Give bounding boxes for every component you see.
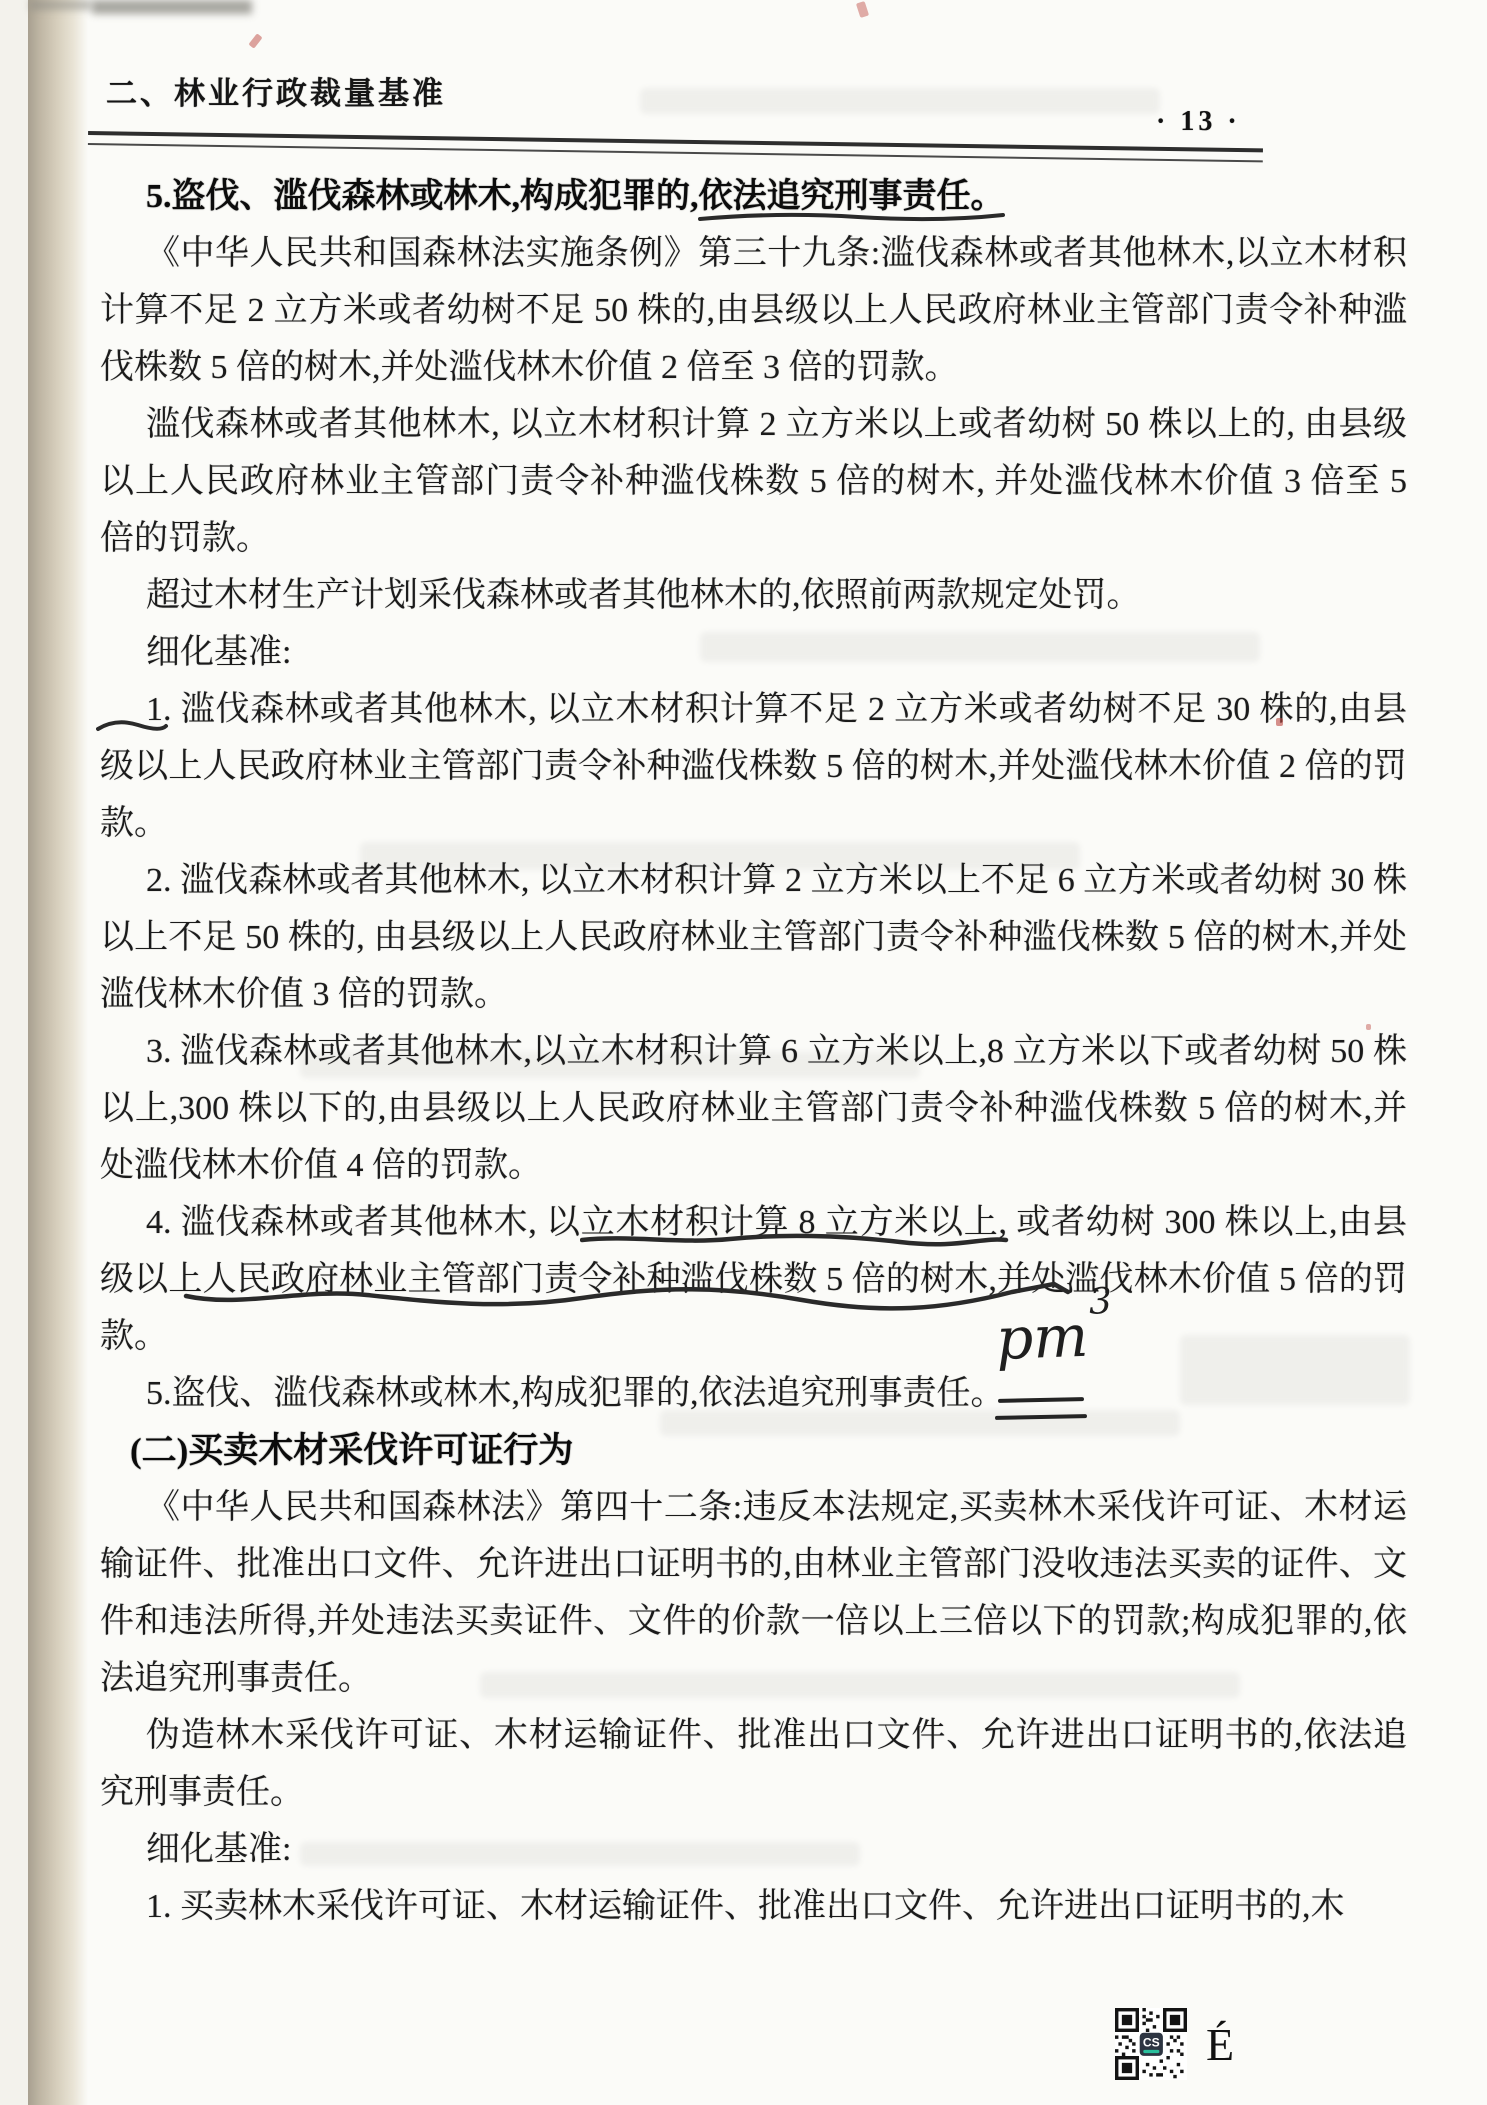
- red-speck: [1276, 718, 1283, 726]
- paragraph-5: 细化基准:: [100, 624, 1407, 681]
- scan-smudge: [640, 88, 1160, 114]
- qr-code: CS: [1115, 2008, 1187, 2080]
- paragraph-15: 1. 买卖林木采伐许可证、木材运输证件、批准出口文件、允许进出口证明书的,木: [100, 1878, 1407, 1935]
- red-speck: [1366, 1024, 1371, 1030]
- page-header-title: 二、林业行政裁量基准: [106, 68, 446, 113]
- paragraph-4: 超过木材生产计划采伐森林或者其他林木的,依照前两款规定处罚。: [100, 567, 1407, 624]
- scanned-document-page: 二、林业行政裁量基准 · 13 · 5.盗伐、滥伐森林或林木,构成犯罪的,依法追…: [0, 0, 1487, 2105]
- paragraph-2: 《中华人民共和国森林法实施条例》第三十九条:滥伐森林或者其他林木,以立木材积计算…: [100, 225, 1407, 396]
- paragraph-9: 4. 滥伐森林或者其他林木, 以立木材积计算 8 立方米以上, 或者幼树 300…: [100, 1194, 1407, 1365]
- scan-edge-strip: [0, 0, 30, 2105]
- scan-top-streak: [92, 0, 252, 14]
- red-speck: [856, 1, 869, 18]
- paragraph-7: 2. 滥伐森林或者其他林木, 以立木材积计算 2 立方米以上不足 6 立方米或者…: [100, 852, 1407, 1023]
- scan-binding-shadow: [28, 0, 88, 2105]
- paragraph-11: (二)买卖木材采伐许可证行为: [100, 1422, 1407, 1479]
- handwritten-note-text: pm: [995, 1302, 1089, 1373]
- paragraph-13: 伪造林木采伐许可证、木材运输证件、批准出口文件、允许进出口证明书的,依法追究刑事…: [100, 1707, 1407, 1821]
- corner-letter: É: [1206, 2018, 1234, 2071]
- paragraph-14: 细化基准:: [100, 1821, 1407, 1878]
- scan-top-streak: [30, 0, 92, 10]
- paragraph-8: 3. 滥伐森林或者其他林木,以立木材积计算 6 立方米以上,8 立方米以下或者幼…: [100, 1023, 1407, 1194]
- paragraph-6: 1. 滥伐森林或者其他林木, 以立木材积计算不足 2 立方米或者幼树不足 30 …: [100, 681, 1407, 852]
- page-number: · 13 ·: [1156, 106, 1241, 138]
- handwritten-note-pm3: pm3: [995, 1299, 1167, 1373]
- paragraph-1: 5.盗伐、滥伐森林或林木,构成犯罪的,依法追究刑事责任。: [100, 168, 1407, 225]
- paragraph-12: 《中华人民共和国森林法》第四十二条:违反本法规定,买卖林木采伐许可证、木材运输证…: [100, 1479, 1407, 1707]
- red-speck: [248, 33, 262, 48]
- paragraph-10: 5.盗伐、滥伐森林或林木,构成犯罪的,依法追究刑事责任。: [100, 1365, 1407, 1422]
- qr-cs-label: CS: [1143, 2035, 1160, 2049]
- paragraph-3: 滥伐森林或者其他林木, 以立木材积计算 2 立方米以上或者幼树 50 株以上的,…: [100, 396, 1407, 567]
- handwritten-note-superscript: 3: [1088, 1281, 1112, 1323]
- header-rule: [88, 131, 1263, 162]
